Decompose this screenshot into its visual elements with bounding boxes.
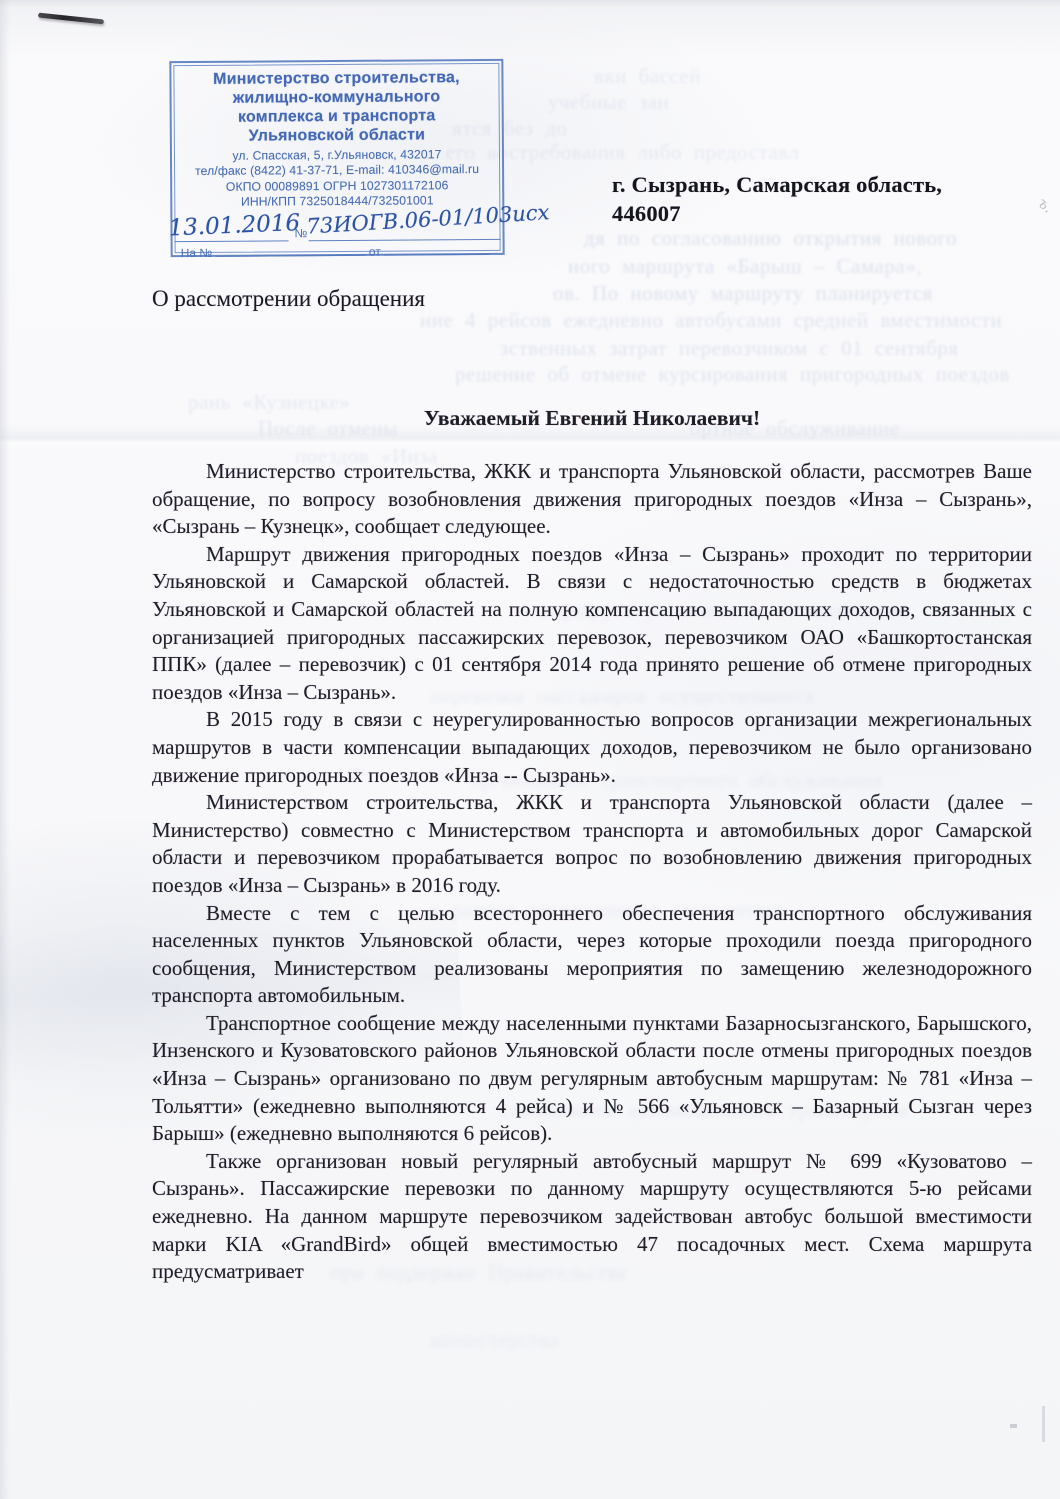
ghost-text-fragment: вки бассей (594, 64, 701, 89)
reference-underline (215, 243, 365, 257)
reference-line: На № от (181, 242, 497, 260)
scan-speck (1042, 1406, 1045, 1442)
paragraph-7: Также организован новый регулярный автоб… (152, 1148, 1032, 1286)
scan-edge-shadow (0, 0, 1060, 8)
pen-mark: ъ. (1034, 193, 1057, 216)
ghost-text-fragment: министерства (430, 1328, 559, 1353)
handwritten-date: 13.01.2016 (168, 210, 301, 241)
paragraph-1: Министерство строительства, ЖКК и трансп… (152, 458, 1032, 541)
recipient-postal-code: 446007 (612, 199, 942, 228)
ghost-text-fragment: зственных затрат перевозчиком с 01 сентя… (500, 336, 958, 361)
paragraph-6: Транспортное сообщение между населенными… (152, 1010, 1032, 1148)
scan-speck (1010, 1424, 1017, 1428)
letter-subject: О рассмотрении обращения (152, 286, 425, 312)
staple-mark (38, 13, 104, 25)
ghost-text-fragment: ов. По новому маршруту планируется (553, 281, 933, 306)
paragraph-3: В 2015 году в связи с неурегулированност… (152, 706, 1032, 789)
reference-date-underline (384, 242, 490, 256)
paragraph-4: Министерством строительства, ЖКК и транс… (152, 789, 1032, 899)
na-label: На № (181, 246, 213, 260)
scan-edge-shadow (0, 0, 10, 1499)
number-sign-label: № (294, 226, 307, 240)
recipient-city-region: г. Сызрань, Самарская область, (612, 170, 942, 199)
ghost-text-fragment: учебные зан (548, 90, 669, 115)
salutation: Уважаемый Евгений Николаевич! (152, 406, 1032, 431)
ghost-text-fragment: дя по согласованию открытия нового (584, 226, 957, 251)
paragraph-5: Вместе с тем с целью всестороннего обесп… (152, 900, 1032, 1010)
ministry-letterhead-stamp: Министерство строительства, жилищно-комм… (169, 59, 504, 257)
paragraphs: Министерство строительства, ЖКК и трансп… (152, 458, 1032, 1286)
ghost-text-fragment: ного маршрута «Барыш – Самара», (568, 254, 922, 279)
ghost-text-fragment: ние 4 рейсов ежедневно автобусами средне… (420, 308, 1002, 333)
recipient-address: г. Сызрань, Самарская область, 446007 (612, 170, 942, 228)
ot-label: от (369, 245, 381, 259)
paragraph-2: Маршрут движения пригородных поездов «Ин… (152, 541, 1032, 707)
ghost-text-fragment: решение об отмене курсирования пригородн… (455, 362, 1010, 387)
letter-body: Уважаемый Евгений Николаевич! Министерст… (152, 406, 1032, 1286)
